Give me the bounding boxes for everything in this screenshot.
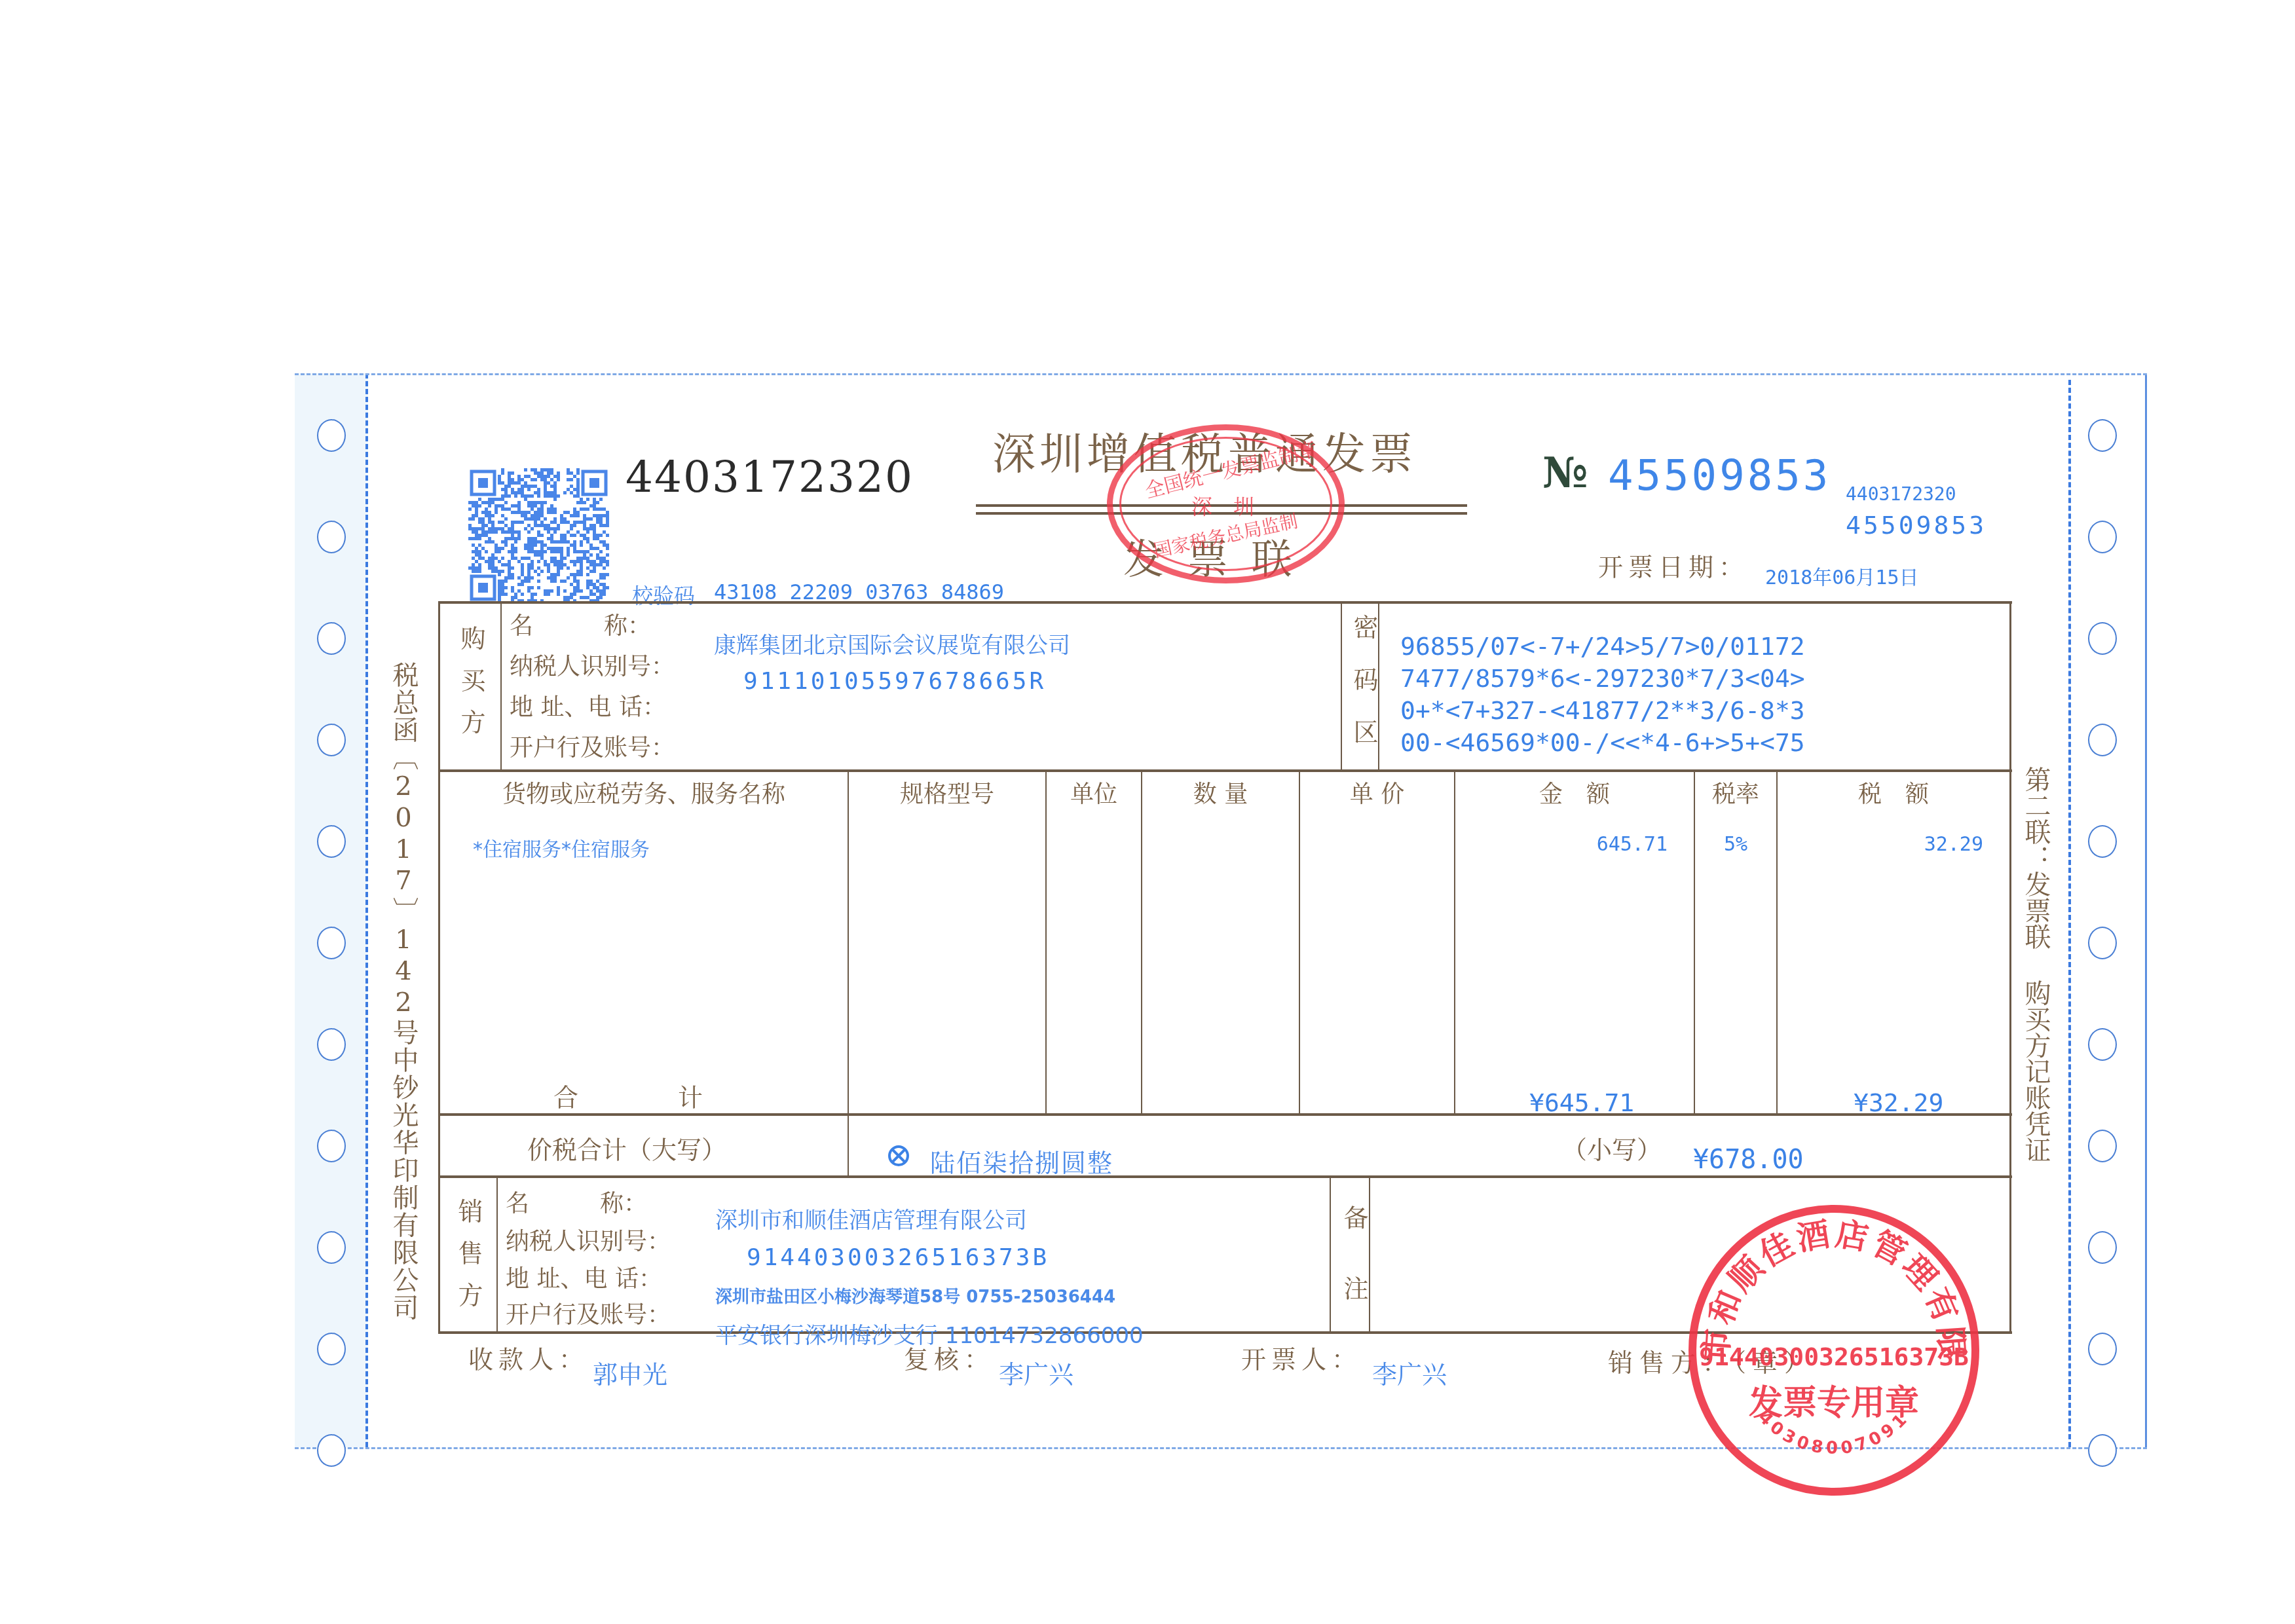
reviewer-label: 复核：	[904, 1339, 994, 1375]
feed-hole	[2088, 1231, 2117, 1264]
feed-hole	[2088, 1333, 2117, 1365]
table-left-border	[438, 601, 440, 1333]
cipher-line: 0+*<7+327-<41877/2**3/6-8*3	[1400, 695, 1805, 727]
column-header: 税 额	[1778, 776, 2009, 809]
item-cell-rate: 5%	[1695, 833, 1776, 856]
seller-section-label: 销售方	[451, 1198, 487, 1324]
feed-hole	[2088, 622, 2117, 655]
invoice-code: 4403172320	[625, 452, 914, 502]
column-header: 单 价	[1300, 776, 1454, 809]
invoice-date: 2018年06月15日	[1765, 561, 1919, 590]
left-perforation	[365, 373, 368, 1447]
col-divider-7	[1776, 771, 1778, 1115]
copy-note-text: 第二联：发票联 购买方记账凭证	[2021, 766, 2050, 1163]
buyer-tax-id: 91110105597678665R	[743, 668, 1046, 695]
column-header: 规格型号	[849, 776, 1045, 809]
column-header: 数 量	[1142, 776, 1299, 809]
grand-total-divider	[438, 1175, 2012, 1178]
buyer-name: 康辉集团北京国际会议展览有限公司	[714, 627, 1070, 659]
item-cell-name: *住宿服务*住宿服务	[473, 833, 650, 862]
cipher-line: 00-<46569*00-/<<*4-6+>5+<75	[1400, 727, 1805, 759]
buyer-section-label: 购买方	[453, 625, 489, 751]
top-paper-edge	[295, 373, 2147, 375]
date-label: 开票日期：	[1598, 547, 1749, 583]
printer-note: 税总函〔2017〕142号中钞光华印制有限公司	[390, 661, 417, 1321]
item-cell-amount: 645.71	[1455, 833, 1668, 856]
seller-address-label: 地 址、电 话：	[506, 1261, 662, 1294]
feed-hole	[317, 1028, 346, 1061]
column-header: 金 额	[1455, 776, 1694, 809]
printed-invoice-code: 4403172320	[1846, 483, 1956, 505]
feed-hole	[317, 825, 346, 858]
official-supervision-stamp: 全国统一发票监制章 深 圳 国家税务总局监制	[1107, 424, 1345, 583]
col-divider-2	[1045, 771, 1047, 1115]
feed-hole	[317, 1333, 346, 1365]
feed-hole	[317, 1434, 346, 1467]
right-paper-edge	[2145, 373, 2147, 1447]
feed-hole	[317, 1231, 346, 1264]
right-perforation	[2068, 380, 2071, 1447]
feed-hole	[2088, 1434, 2117, 1467]
feed-hole	[317, 1130, 346, 1162]
feed-hole	[2088, 521, 2117, 553]
remarks-section-label: 备注	[1336, 1205, 1372, 1346]
grand-total-words: 陆佰柒拾捌圆整	[930, 1143, 1113, 1179]
table-right-border	[2009, 601, 2011, 1333]
seller-address: 深圳市盐田区小梅沙海琴道58号 0755-25036444	[715, 1283, 1115, 1308]
qr-code	[468, 468, 609, 602]
grand-total-figure: ¥678.00	[1693, 1145, 1804, 1175]
check-code-label: 校验码	[632, 580, 695, 610]
feed-hole	[317, 724, 346, 756]
feed-hole	[317, 622, 346, 655]
total-label: 合 计	[553, 1077, 703, 1113]
feed-hole	[2088, 1130, 2117, 1162]
buyer-label-divider	[500, 601, 502, 770]
table-top-border	[438, 601, 2012, 604]
seller-tax-id: 91440300326516373B	[747, 1244, 1049, 1271]
feed-hole	[2088, 825, 2117, 858]
issuer-name: 李广兴	[1372, 1354, 1447, 1390]
seller-invoice-stamp: 深圳市和顺佳酒店管理有限公司 91440300326516373B 发票专用章 …	[1689, 1205, 1979, 1496]
feed-hole	[317, 419, 346, 452]
payee-name: 郭申光	[593, 1354, 667, 1390]
remarks-left-divider	[1330, 1177, 1331, 1333]
seller-taxid-label: 纳税人识别号：	[506, 1223, 671, 1257]
feed-hole	[2088, 419, 2117, 452]
feed-hole	[317, 927, 346, 959]
payee-label: 收款人：	[468, 1339, 589, 1375]
total-tax: ¥32.29	[1854, 1088, 1943, 1117]
col-divider-4	[1299, 771, 1300, 1115]
cipher-section-label: 密码区	[1346, 614, 1382, 771]
copy-note: 第二联：发票联 购买方记账凭证	[2016, 766, 2055, 1169]
buyer-name-label: 名 称：	[510, 608, 651, 641]
seller-label-divider	[496, 1177, 498, 1333]
column-header: 货物或应税劳务、服务名称	[440, 776, 848, 809]
col-divider-1	[848, 771, 849, 1177]
buyer-address-label: 地 址、电 话：	[510, 689, 666, 722]
stamp-line-2: 深 圳	[1191, 490, 1254, 521]
feed-hole	[2088, 927, 2117, 959]
invoice-number: 45509853	[1608, 452, 1831, 500]
seller-name: 深圳市和顺佳酒店管理有限公司	[715, 1202, 1027, 1234]
buyer-taxid-label: 纳税人识别号：	[510, 648, 675, 682]
column-header: 单位	[1047, 776, 1141, 809]
cipher-text: 96855/07<-7+/24>5/7>0/011727477/8579*6<-…	[1400, 631, 1805, 759]
feed-hole	[2088, 1028, 2117, 1061]
printed-invoice-number: 45509853	[1846, 511, 1987, 540]
cipher-line: 7477/8579*6<-297230*7/3<04>	[1400, 663, 1805, 695]
total-amount: ¥645.71	[1529, 1088, 1634, 1117]
svg-text:深圳市和顺佳酒店管理有限公司: 深圳市和顺佳酒店管理有限公司	[1689, 1205, 1971, 1363]
cipher-line: 96855/07<-7+/24>5/7>0/01172	[1400, 631, 1805, 663]
cipher-left-divider	[1341, 601, 1342, 770]
reviewer-name: 李广兴	[999, 1354, 1073, 1390]
grand-total-small-label: （小写）	[1562, 1130, 1662, 1166]
no-symbol: №	[1542, 449, 1588, 498]
seller-name-label: 名 称：	[506, 1185, 647, 1219]
col-divider-6	[1694, 771, 1695, 1115]
seller-bank-label: 开户行及账号：	[506, 1297, 671, 1330]
feed-hole	[2088, 724, 2117, 756]
svg-text:91440300326516373B: 91440300326516373B	[1699, 1342, 1969, 1371]
buyer-bank-label: 开户行及账号：	[510, 729, 675, 763]
column-header: 税率	[1695, 776, 1776, 809]
col-divider-3	[1141, 771, 1142, 1115]
feed-hole	[317, 521, 346, 553]
col-divider-5	[1454, 771, 1455, 1115]
issuer-label: 开票人：	[1241, 1339, 1362, 1375]
circle-x-icon	[887, 1145, 910, 1167]
item-cell-tax: 32.29	[1778, 833, 1983, 856]
grand-total-label: 价税合计（大写）	[527, 1130, 726, 1166]
